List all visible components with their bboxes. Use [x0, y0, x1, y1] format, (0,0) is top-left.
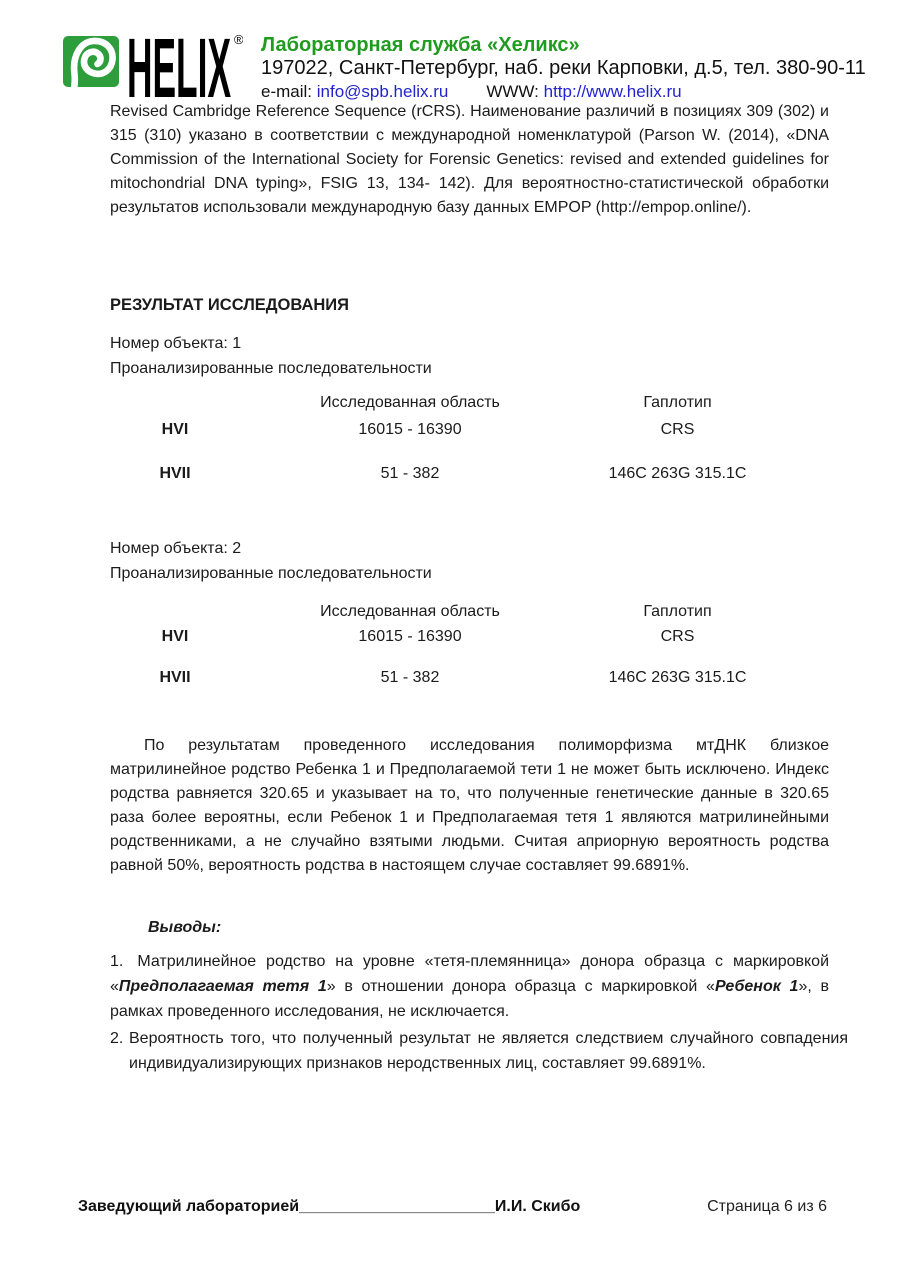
- table-header-row: Исследованная область Гаплотип: [110, 600, 775, 624]
- registered-mark: ®: [234, 32, 243, 47]
- header-cell-empty: [110, 600, 240, 624]
- row-haplotype: CRS: [580, 625, 775, 649]
- org-name: Лабораторная служба «Хеликс»: [261, 34, 866, 56]
- row-haplotype: 146C 263G 315.1C: [580, 462, 775, 486]
- table-row: HVII 51 - 382 146C 263G 315.1C: [110, 462, 775, 486]
- row-label: HVI: [110, 625, 240, 649]
- intro-paragraph: Revised Cambridge Reference Sequence (rC…: [110, 100, 829, 220]
- row-region: 16015 - 16390: [240, 418, 580, 442]
- item-1-marker-aunt: Предполагаемая тетя 1: [119, 978, 327, 995]
- www-label: WWW:: [486, 82, 543, 101]
- email-link[interactable]: info@spb.helix.ru: [317, 82, 449, 101]
- header-cell-region: Исследованная область: [240, 600, 580, 624]
- header-cell-empty: [110, 391, 240, 415]
- object-2-table: Исследованная область Гаплотип HVI 16015…: [110, 600, 775, 690]
- table-row: HVI 16015 - 16390 CRS: [110, 625, 775, 649]
- table-row: HVI 16015 - 16390 CRS: [110, 418, 775, 442]
- lab-report-page: HELIX ® Лабораторная служба «Хеликс» 197…: [0, 0, 900, 1273]
- object-2-label: Номер объекта: 2: [110, 536, 829, 561]
- header-cell-haplotype: Гаплотип: [580, 600, 775, 624]
- row-label: HVII: [110, 666, 240, 690]
- table-header-row: Исследованная область Гаплотип: [110, 391, 775, 415]
- object-1-block: Номер объекта: 1 Проанализированные посл…: [110, 331, 829, 381]
- page-number: Страница 6 из 6: [707, 1198, 827, 1216]
- header-cell-haplotype: Гаплотип: [580, 391, 775, 415]
- row-label: HVI: [110, 418, 240, 442]
- email-label: e-mail:: [261, 82, 317, 101]
- conclusion-item-1: 1.Матрилинейное родство на уровне «тетя-…: [110, 949, 829, 1024]
- helix-wordmark: HELIX: [127, 26, 231, 106]
- object-2-subtitle: Проанализированные последовательности: [110, 561, 829, 586]
- conclusion-item-2: 2.Вероятность того, что полученный резул…: [110, 1026, 848, 1076]
- row-haplotype: CRS: [580, 418, 775, 442]
- signature-name: И.И. Скибо: [495, 1198, 580, 1215]
- report-header: HELIX ® Лабораторная служба «Хеликс» 197…: [63, 26, 866, 106]
- object-1-table: Исследованная область Гаплотип HVI 16015…: [110, 391, 775, 486]
- org-address: 197022, Санкт-Петербург, наб. реки Карпо…: [261, 56, 866, 80]
- item-2-number: 2.: [110, 1026, 129, 1051]
- website-link[interactable]: http://www.helix.ru: [544, 82, 682, 101]
- signature-label: Заведующий лабораторией: [78, 1198, 299, 1215]
- item-2-text: Вероятность того, что полученный результ…: [129, 1030, 848, 1072]
- results-section-title: РЕЗУЛЬТАТ ИССЛЕДОВАНИЯ: [110, 293, 829, 317]
- table-row: HVII 51 - 382 146C 263G 315.1C: [110, 666, 775, 690]
- item-1-number: 1.: [110, 953, 123, 970]
- object-1-label: Номер объекта: 1: [110, 331, 829, 356]
- signature-block: Заведующий лабораторией_________________…: [78, 1198, 580, 1216]
- signature-line: ______________________: [299, 1198, 495, 1215]
- row-label: HVII: [110, 462, 240, 486]
- row-region: 51 - 382: [240, 666, 580, 690]
- header-cell-region: Исследованная область: [240, 391, 580, 415]
- row-region: 16015 - 16390: [240, 625, 580, 649]
- report-footer: Заведующий лабораторией_________________…: [78, 1198, 827, 1216]
- object-1-subtitle: Проанализированные последовательности: [110, 356, 829, 381]
- conclusion-paragraph: По результатам проведенного исследования…: [110, 734, 829, 878]
- conclusions-heading: Выводы:: [148, 916, 548, 940]
- header-text-block: Лабораторная служба «Хеликс» 197022, Сан…: [261, 26, 866, 103]
- object-2-block: Номер объекта: 2 Проанализированные посл…: [110, 536, 829, 586]
- row-haplotype: 146C 263G 315.1C: [580, 666, 775, 690]
- helix-logo: HELIX ®: [63, 26, 243, 106]
- item-1-marker-child: Ребенок 1: [715, 978, 799, 995]
- row-region: 51 - 382: [240, 462, 580, 486]
- item-1-text: » в отношении донора образца с маркировк…: [327, 978, 715, 995]
